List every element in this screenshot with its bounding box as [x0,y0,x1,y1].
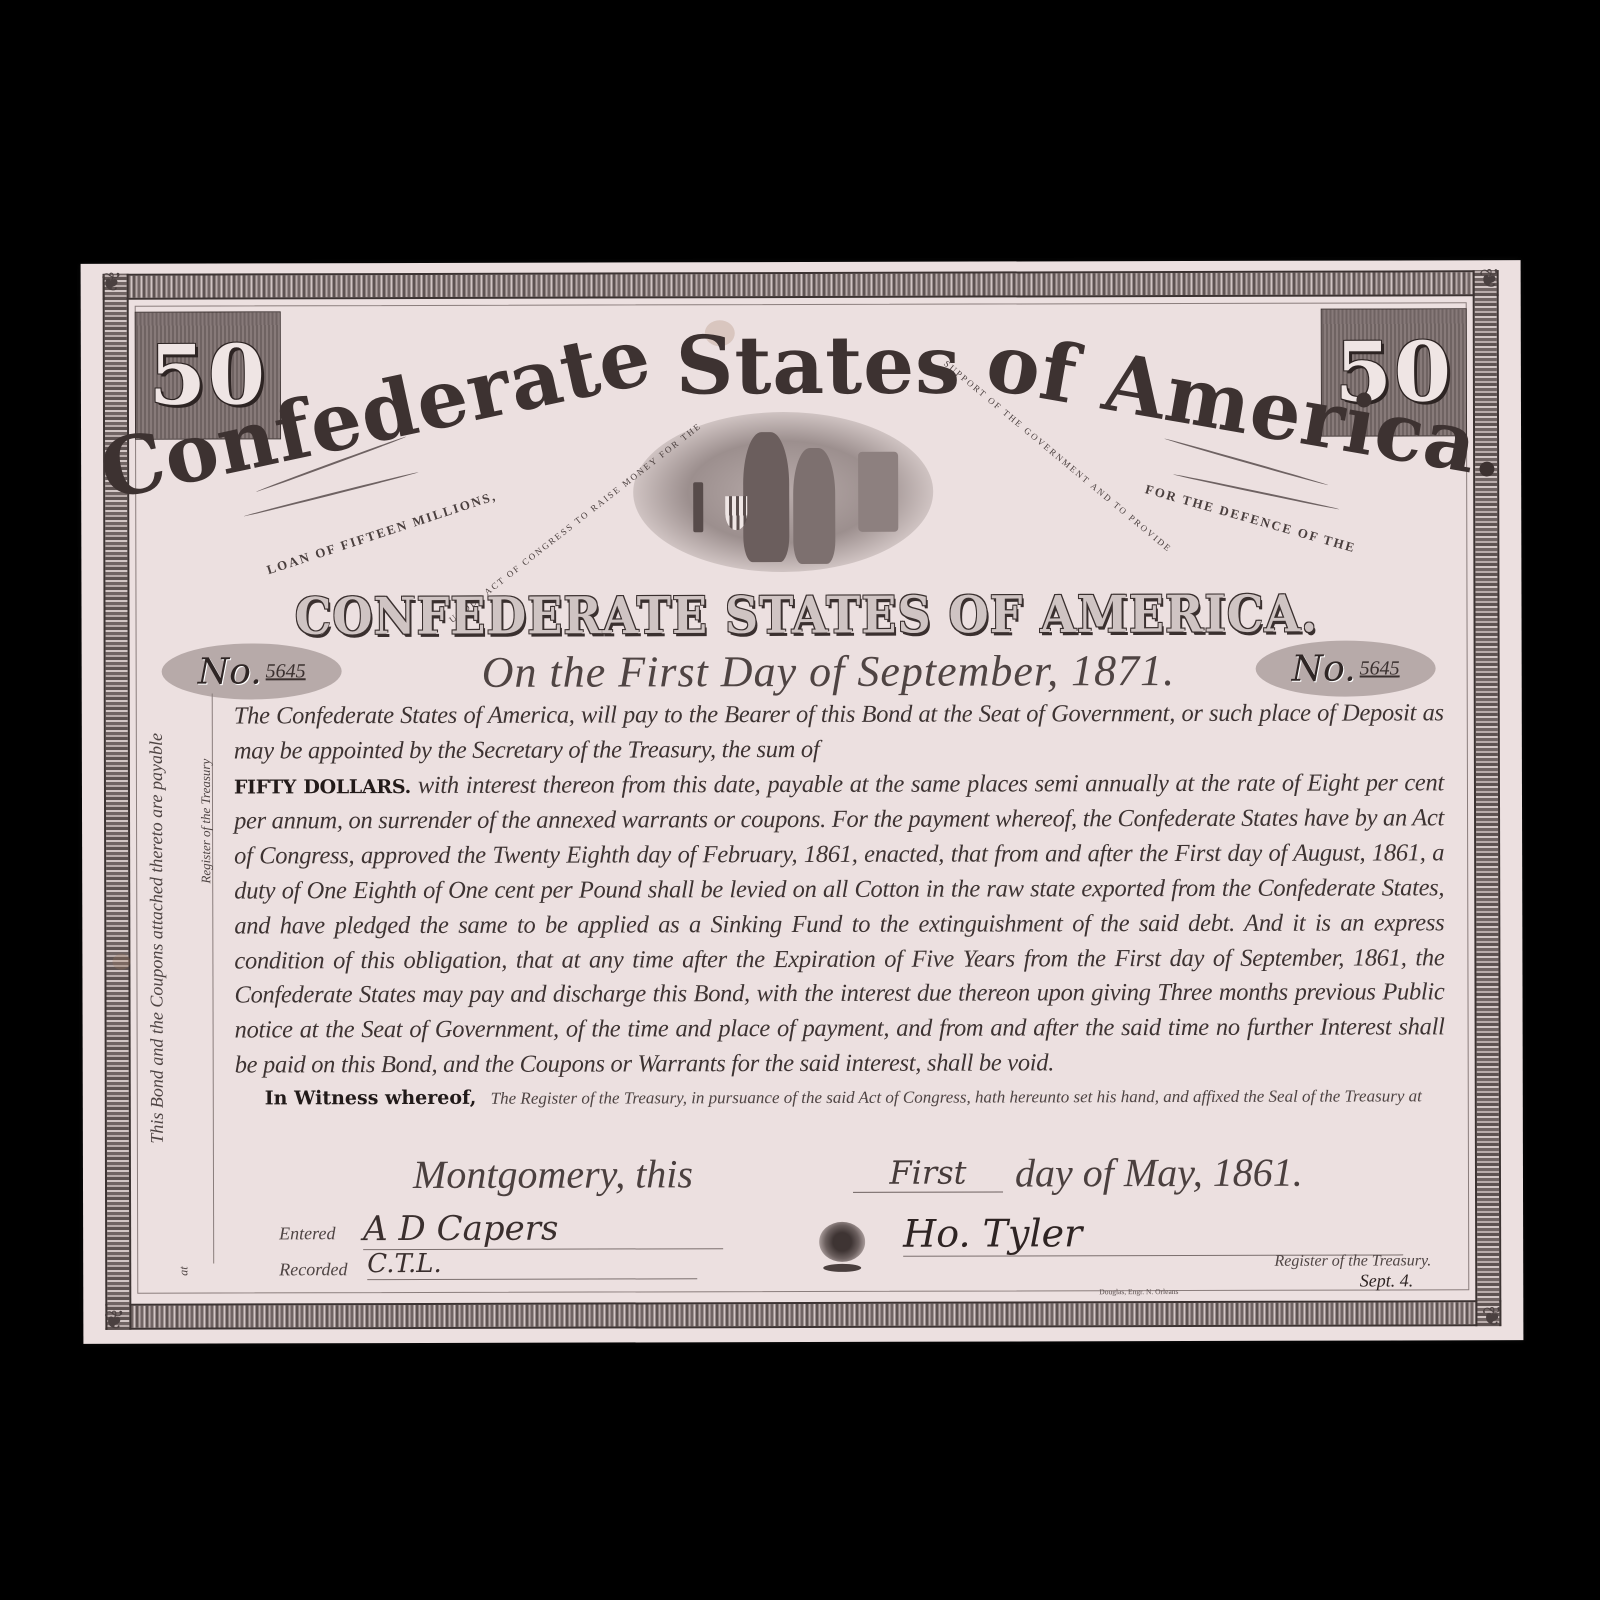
title-word: States [675,318,961,413]
acanthus-corner-icon: ❦ [1475,264,1505,294]
day-written: First [853,1153,1003,1192]
amount-words: FIFTY DOLLARS. [234,776,411,798]
witness-clause: In Witness whereof, The Register of the … [265,1084,1445,1109]
maturity-date: On the First Day of September, 1871. [482,645,1176,698]
recorded-label: Recorded [279,1259,347,1280]
serial-number-left: No. 5645 [162,643,342,699]
number-label: No. [198,651,262,692]
age-stain [112,954,130,970]
register-note: Sept. 4. [1360,1270,1414,1291]
tree-ground [823,1264,861,1272]
serial-number-right: No. 5645 [1256,640,1436,696]
tree-crown [819,1222,865,1262]
body-lead: The Confederate States of America, will … [234,699,1444,764]
acanthus-corner-icon: ❦ [1477,1302,1507,1332]
engraver-credit: Douglas, Engr. N. Orleans [1099,1287,1178,1296]
witness-text: The Register of the Treasury, in pursuan… [491,1086,1422,1107]
entered-signature: A D Capers [363,1208,723,1250]
bond-certificate: ❦ ❦ ❦ ❦ 50 50 Confederate States of Amer… [81,260,1524,1344]
tree-vignette-icon [815,1222,869,1276]
side-at: at [176,1266,191,1275]
date-tail: day of May, 1861. [1015,1149,1303,1197]
witness-lead: In Witness whereof, [265,1087,477,1110]
figure-seated-woman [743,432,789,562]
entered-label: Entered [279,1223,335,1244]
factory-chimney [693,482,703,532]
body-rest: with interest thereon from this date, pa… [234,769,1445,1079]
recorded-initials: C.T.L. [367,1248,697,1280]
side-note: This Bond and the Coupons attached there… [146,733,168,1144]
serial-value: 5645 [1360,657,1400,680]
serial-value: 5645 [266,660,306,683]
figure-farm-woman [793,448,835,564]
border-bottom [105,1300,1501,1330]
place-line: Montgomery, this [413,1150,693,1198]
register-signature: Ho. Tyler [903,1210,1403,1256]
ship-sails [858,452,898,532]
shield [725,496,747,530]
title-script: Confederate States of America. [81,324,1521,422]
acanthus-corner-icon: ❦ [97,268,127,298]
border-top [103,270,1499,300]
acanthus-corner-icon: ❦ [99,1306,129,1336]
bond-body-text: The Confederate States of America, will … [234,696,1445,1083]
register-label: Register of the Treasury. [1274,1252,1431,1270]
banner-title: CONFEDERATE STATES OF AMERICA. [261,584,1351,646]
side-register: Register of the Treasury [198,759,214,884]
number-label: No. [1292,648,1356,689]
